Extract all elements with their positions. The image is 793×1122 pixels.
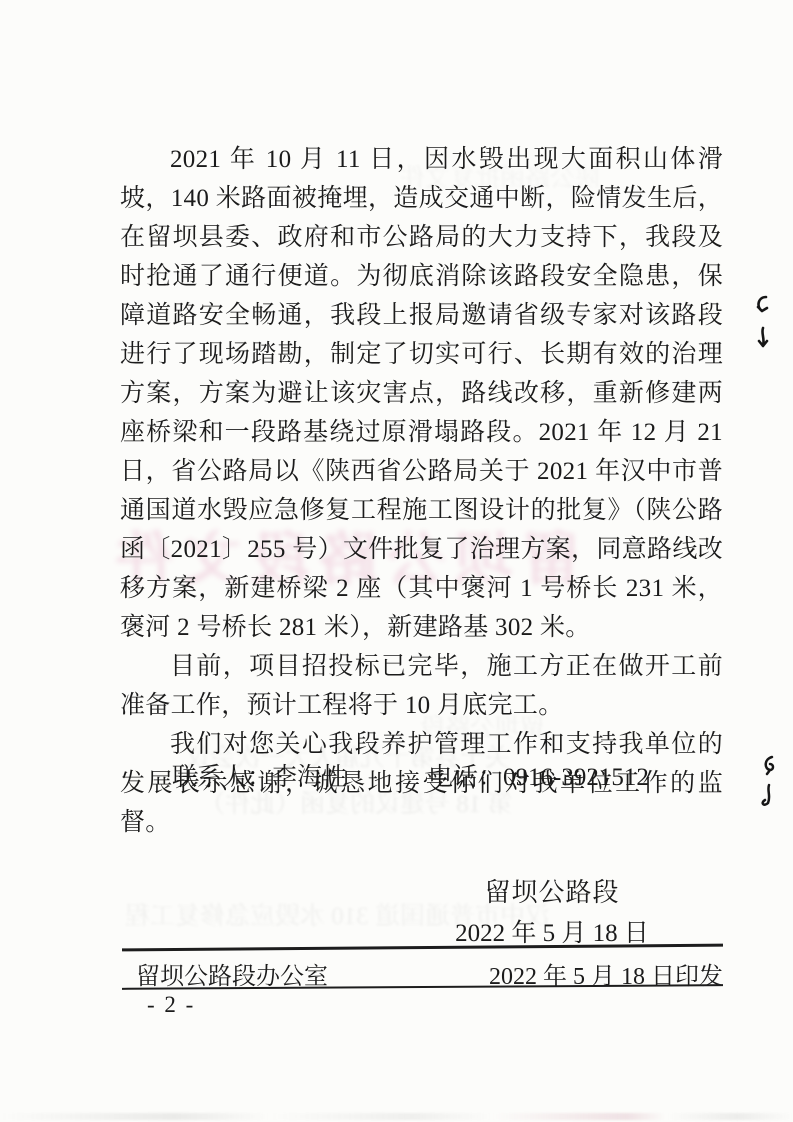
contact-row: 联系人：李海性 电话：0916-3921512 bbox=[120, 757, 723, 787]
ink-mark-icon bbox=[760, 754, 776, 780]
signature-organization: 留坝公路段 bbox=[484, 872, 619, 909]
contact-phone: 电话：0916-3921512 bbox=[428, 757, 649, 793]
document-body: 2021 年 10 月 11 日，因水毁出现大面积山体滑坡，140 米路面被掩埋… bbox=[120, 140, 723, 842]
contact-person: 联系人：李海性 bbox=[172, 757, 347, 793]
scanned-document-page: 陕公路函批复文件 留坝公路段文件 留坝公路段 关于县第十九届人大一次会议 第 1… bbox=[0, 0, 793, 1122]
ink-mark-icon bbox=[759, 782, 775, 810]
ink-mark-icon bbox=[753, 294, 769, 320]
body-paragraph-2: 目前，项目招投标已完毕，施工方正在做开工前准备工作，预计工程将于 10 月底完工… bbox=[120, 647, 723, 725]
ink-mark-icon bbox=[756, 326, 770, 352]
body-paragraph-1: 2021 年 10 月 11 日，因水毁出现大面积山体滑坡，140 米路面被掩埋… bbox=[120, 140, 723, 647]
scan-edge-smudge bbox=[0, 1113, 793, 1120]
page-number: - 2 - bbox=[147, 992, 195, 1018]
